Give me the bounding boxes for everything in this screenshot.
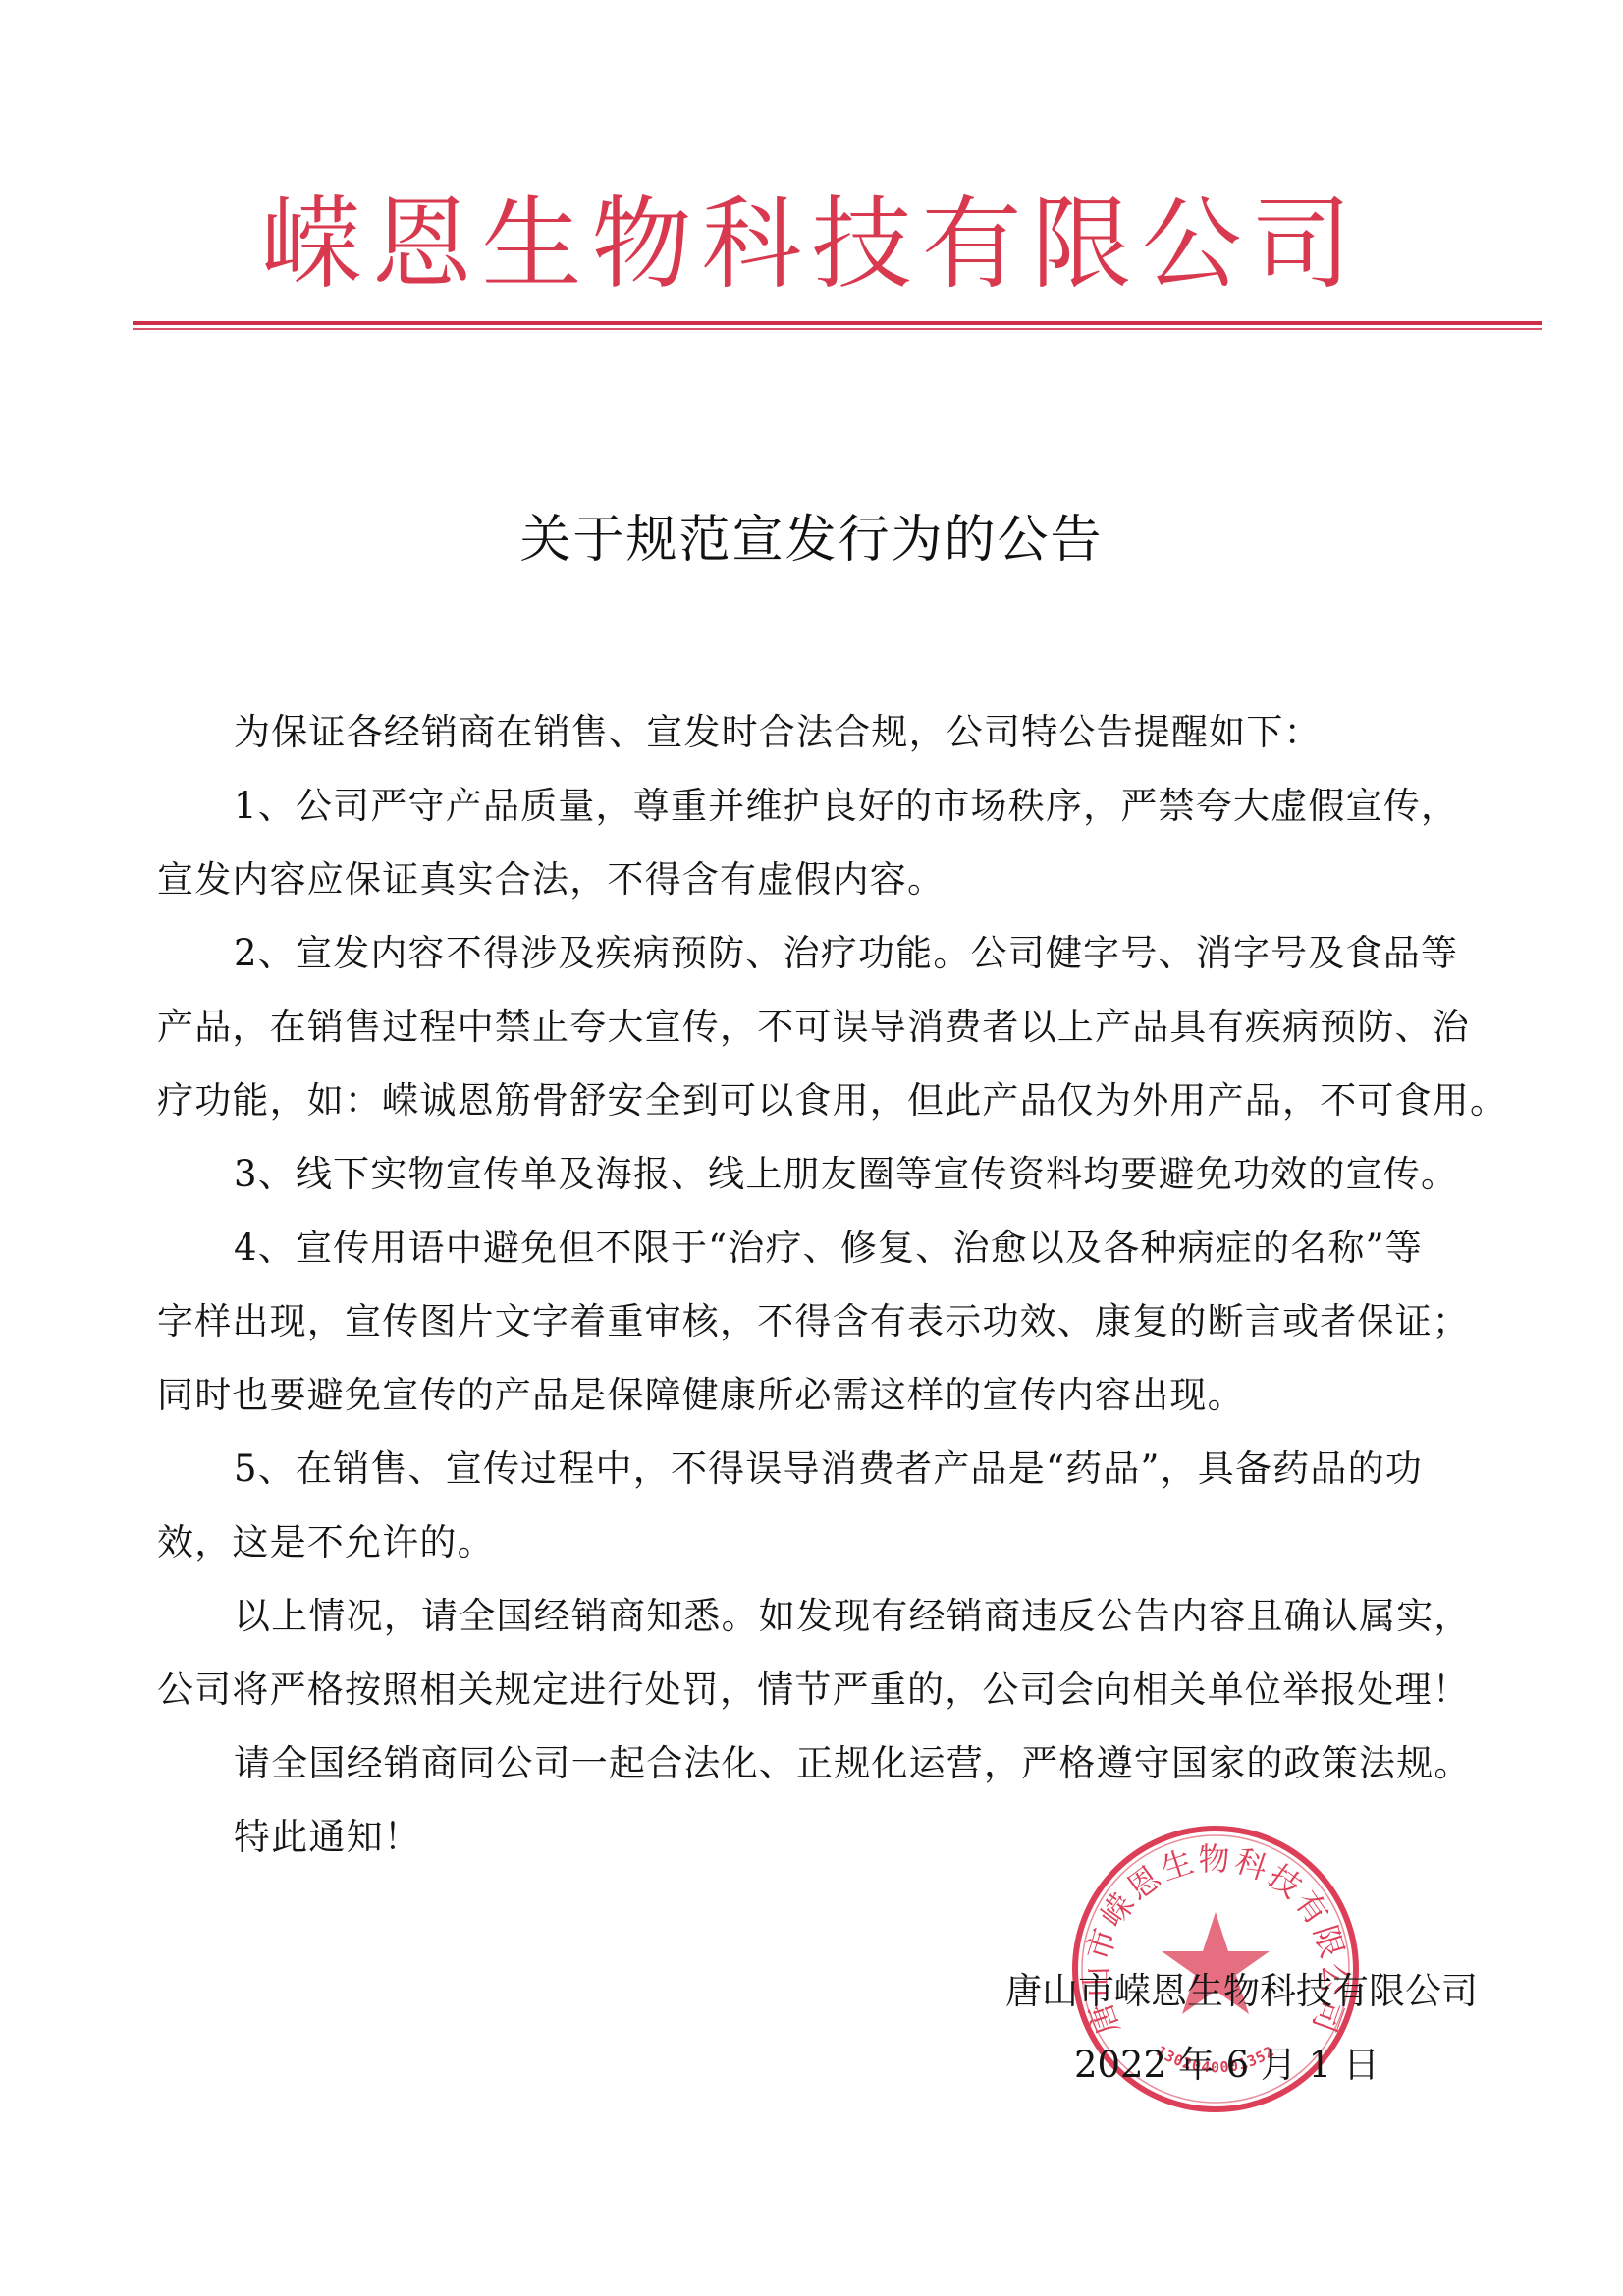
paragraph-line: 产品，在销售过程中禁止夸大宣传，不可误导消费者以上产品具有疾病预防、治 xyxy=(157,990,1473,1064)
paragraph-line: 公司将严格按照相关规定进行处罚，情节严重的，公司会向相关单位举报处理！ xyxy=(157,1653,1473,1726)
intro-paragraph: 为保证各经销商在销售、宣发时合法合规，公司特公告提醒如下： xyxy=(157,695,1473,769)
paragraph-line: 请全国经销商同公司一起合法化、正规化运营，严格遵守国家的政策法规。 xyxy=(157,1726,1473,1800)
paragraph-line: 以上情况，请全国经销商知悉。如发现有经销商违反公告内容且确认属实， xyxy=(157,1579,1473,1653)
letterhead-divider xyxy=(133,321,1542,325)
signature-date: 2022 年 6 月 1 日 xyxy=(1005,2028,1478,2102)
notice-body: 为保证各经销商在销售、宣发时合法合规，公司特公告提醒如下： 1、公司严守产品质量… xyxy=(157,695,1473,1874)
paragraph-line: 3、线下实物宣传单及海报、线上朋友圈等宣传资料均要避免功效的宣传。 xyxy=(157,1137,1473,1211)
item-2-paragraph: 2、宣发内容不得涉及疾病预防、治疗功能。公司健字号、消字号及食品等 产品，在销售… xyxy=(157,916,1473,1137)
paragraph-line: 4、宣传用语中避免但不限于“治疗、修复、治愈以及各种病症的名称”等 xyxy=(157,1211,1473,1285)
letterhead-company-name: 嵘恩生物科技有限公司 xyxy=(0,187,1623,304)
paragraph-line: 效，这是不允许的。 xyxy=(157,1505,1473,1579)
signature-block: 唐山市嵘恩生物科技有限公司 2022 年 6 月 1 日 xyxy=(1005,1954,1478,2102)
paragraph-line: 1、公司严守产品质量，尊重并维护良好的市场秩序，严禁夸大虚假宣传， xyxy=(157,769,1473,843)
paragraph-line: 疗功能，如：嵘诚恩筋骨舒安全到可以食用，但此产品仅为外用产品，不可食用。 xyxy=(157,1064,1473,1137)
paragraph-line: 2、宣发内容不得涉及疾病预防、治疗功能。公司健字号、消字号及食品等 xyxy=(157,916,1473,990)
signature-company: 唐山市嵘恩生物科技有限公司 xyxy=(1005,1954,1478,2028)
item-3-paragraph: 3、线下实物宣传单及海报、线上朋友圈等宣传资料均要避免功效的宣传。 xyxy=(157,1137,1473,1211)
item-1-paragraph: 1、公司严守产品质量，尊重并维护良好的市场秩序，严禁夸大虚假宣传， 宣发内容应保… xyxy=(157,769,1473,916)
closing-paragraph-1: 以上情况，请全国经销商知悉。如发现有经销商违反公告内容且确认属实， 公司将严格按… xyxy=(157,1579,1473,1726)
item-4-paragraph: 4、宣传用语中避免但不限于“治疗、修复、治愈以及各种病症的名称”等 字样出现，宣… xyxy=(157,1211,1473,1432)
notice-title: 关于规范宣发行为的公告 xyxy=(0,506,1623,574)
letterhead-divider-thin xyxy=(133,328,1542,330)
paragraph-line: 同时也要避免宣传的产品是保障健康所必需这样的宣传内容出现。 xyxy=(157,1358,1473,1432)
item-5-paragraph: 5、在销售、宣传过程中，不得误导消费者产品是“药品”，具备药品的功 效，这是不允… xyxy=(157,1432,1473,1579)
intro-line: 为保证各经销商在销售、宣发时合法合规，公司特公告提醒如下： xyxy=(157,695,1473,769)
closing-paragraph-2: 请全国经销商同公司一起合法化、正规化运营，严格遵守国家的政策法规。 xyxy=(157,1726,1473,1800)
paragraph-line: 字样出现，宣传图片文字着重审核，不得含有表示功效、康复的断言或者保证； xyxy=(157,1285,1473,1358)
paragraph-line: 宣发内容应保证真实合法，不得含有虚假内容。 xyxy=(157,843,1473,916)
paragraph-line: 5、在销售、宣传过程中，不得误导消费者产品是“药品”，具备药品的功 xyxy=(157,1432,1473,1505)
